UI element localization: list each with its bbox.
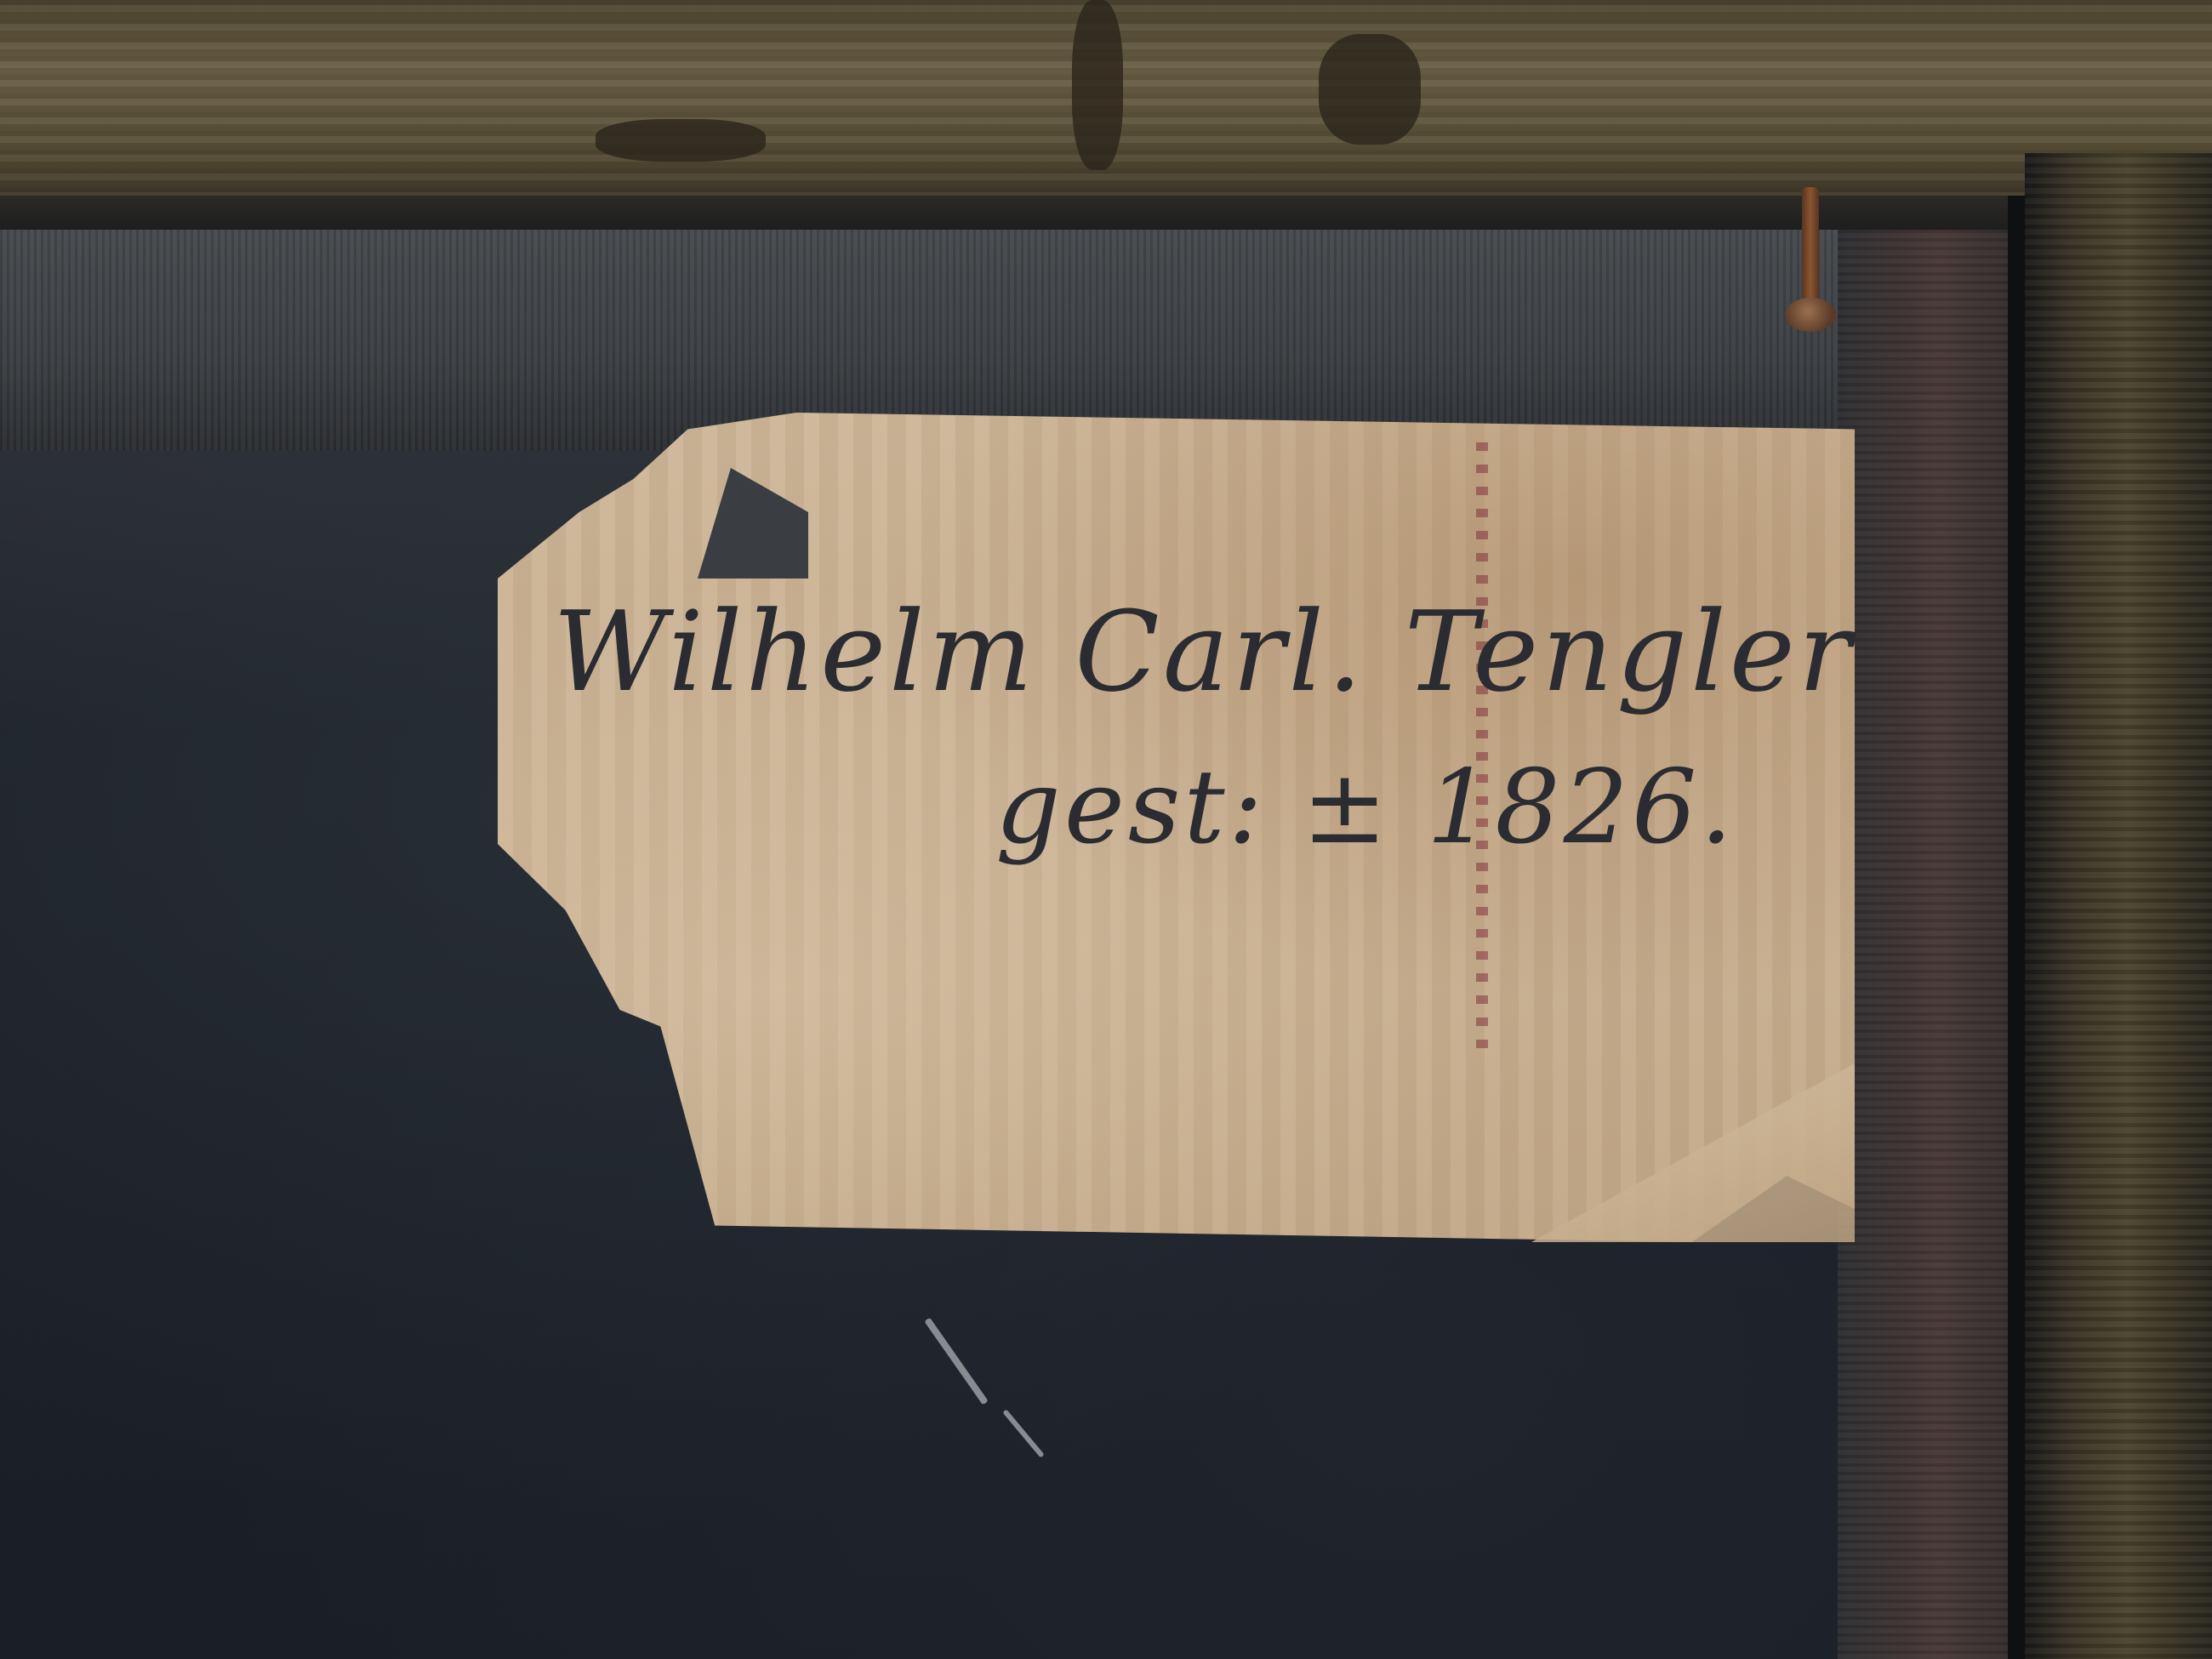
stretcher-bar-right bbox=[1838, 230, 2008, 1659]
wood-notch bbox=[1319, 34, 1421, 145]
wood-knot bbox=[596, 119, 766, 162]
frame-right-rail bbox=[2025, 153, 2212, 1659]
wood-notch bbox=[1072, 0, 1123, 170]
nail-head bbox=[1785, 298, 1836, 332]
label-artist-name: Wilhelm Carl. Tengler bbox=[553, 587, 1855, 716]
label-death-date: gest: ± 1826. bbox=[995, 749, 1736, 867]
rusty-nail bbox=[1802, 187, 1819, 315]
